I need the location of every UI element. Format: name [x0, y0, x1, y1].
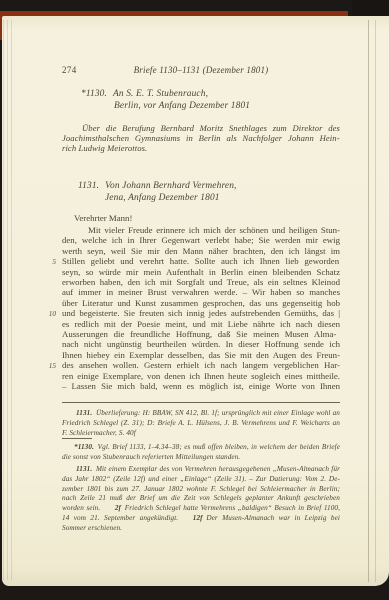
text-line: 15des ansehen wollen. Gestern erhielt ic… [62, 360, 340, 370]
text-line: den, welche ich in Ihrer Gegenwart verle… [62, 235, 340, 245]
text-line: das Jahr 1802“ (Zeile 12f) und einer „Ei… [62, 475, 340, 485]
text-line: Mit vieler Freude erinnere ich mich der … [62, 225, 340, 235]
text-line: nach nicht ungünstig beurtheilen würden.… [62, 339, 340, 349]
text-line: auf immer in meiner Brust verwahren werd… [62, 287, 340, 297]
letter-1130-place-date: Berlin, vor Anfang Dezember 1801 [81, 101, 359, 113]
apparatus-divider-rule [62, 402, 340, 403]
text-line: 5Stillen geliebt und verehrt hatte. Soll… [62, 256, 340, 266]
text-line: Über die Berufung Bernhard Moritz Snethl… [62, 123, 340, 133]
running-head: 274 Briefe 1130–1131 (Dezember 1801) [62, 65, 340, 77]
apparatus-overlieferung: 1131. Überlieferung: H: BBAW, SN 412, Bl… [62, 409, 340, 438]
page-number: 274 [62, 65, 77, 75]
letter-1131-place-date: Jena, Anfang Dezember 1801 [78, 193, 356, 205]
text-line: über Literatur und Kunst zusammen gespro… [62, 298, 340, 308]
letter-1130-heading: *1130.An S. E. T. Stubenrauch, Berlin, v… [62, 89, 359, 112]
letter-1130-summary: Über die Berufung Bernhard Moritz Snethl… [62, 123, 340, 154]
paper-page: 274 Briefe 1130–1131 (Dezember 1801) *11… [2, 16, 389, 586]
text-line: seyn, so würde mir mein Aufenthalt in Be… [62, 267, 340, 277]
salutation: Verehrter Mann! [62, 213, 352, 223]
text-line: worden sein. 2f Friedrich Schlegel hatte… [62, 504, 340, 514]
margin-line-number: 15 [39, 361, 56, 371]
text-line: 1131. Mit einem Exemplar des von Vermehr… [62, 465, 340, 475]
letter-1131-heading-line1: 1131.Von Johann Bernhard Vermehren, [78, 181, 356, 193]
text-line: 10und begeisterte. Sie freuten sich inni… [62, 308, 340, 318]
text-line: 14 vom 21. September angekündigt. 12f De… [62, 514, 340, 524]
letter-1130-addressee: An S. E. T. Stubenrauch, [113, 89, 208, 99]
running-head-title: Briefe 1130–1131 (Dezember 1801) [134, 65, 269, 75]
text-line: – Lassen Sie mich bald, wenn es möglich … [62, 381, 340, 391]
text-line: Ihnen hiebey ein Exemplar desselben, das… [62, 350, 340, 360]
fore-edge-line [368, 20, 369, 582]
text-line: Sommer erschienen. [62, 524, 340, 534]
letter-body: Mit vieler Freude erinnere ich mich der … [62, 225, 340, 392]
note-1130: *1130. Vgl. Brief 1133, 1–4.34–38; es mu… [62, 443, 340, 463]
text-line: 1131. Überlieferung: H: BBAW, SN 412, Bl… [62, 409, 340, 419]
text-line: *1130. Vgl. Brief 1133, 1–4.34–38; es mu… [62, 443, 340, 453]
letter-1130-heading-line1: *1130.An S. E. T. Stubenrauch, [81, 89, 359, 101]
page-stack-edge [3, 20, 15, 580]
fore-edge-line [375, 20, 376, 582]
text-line: rich Ludwig Meierottos. [62, 143, 340, 153]
text-line: Friedrich Schlegel (Z. 31); D: Briefe A.… [62, 419, 340, 429]
letter-1131-heading: 1131.Von Johann Bernhard Vermehren, Jena… [62, 181, 356, 204]
text-line: erworben haben, den ich mit Sorgfalt und… [62, 277, 340, 287]
notes-divider-rule [62, 438, 92, 439]
letter-1131-number: 1131. [78, 181, 99, 191]
text-line: die sonst von Stubenrauch referierten Mi… [62, 453, 340, 463]
text-line: ren einige Exemplare, von denen ich Ihne… [62, 371, 340, 381]
text-line: Joachimsthalschen Gymnasiums in Berlin a… [62, 133, 340, 143]
text-line: zember 1801 bis zum 27. Januar 1802 wohn… [62, 485, 340, 495]
text-line: nach Zeile 21 muß der Brief um die Zeit … [62, 494, 340, 504]
text-line: F. Schleiermacher, S. 40f [62, 429, 340, 439]
text-line: Ausserungen die freundliche Hoffnung, da… [62, 329, 340, 339]
letter-1130-number: *1130. [81, 89, 107, 99]
text-line: es redlich mit der Poesie meint, und mit… [62, 319, 340, 329]
letter-1131-sender: Von Johann Bernhard Vermehren, [105, 181, 236, 191]
note-1131: 1131. Mit einem Exemplar des von Vermehr… [62, 465, 340, 534]
margin-line-number: 5 [39, 257, 56, 267]
scanned-book-page: { "frame": { "background_color": "#1b181… [0, 0, 389, 600]
text-line: werth seyn, weil Sie mir den Mann näher … [62, 246, 340, 256]
margin-line-number: 10 [39, 309, 56, 319]
